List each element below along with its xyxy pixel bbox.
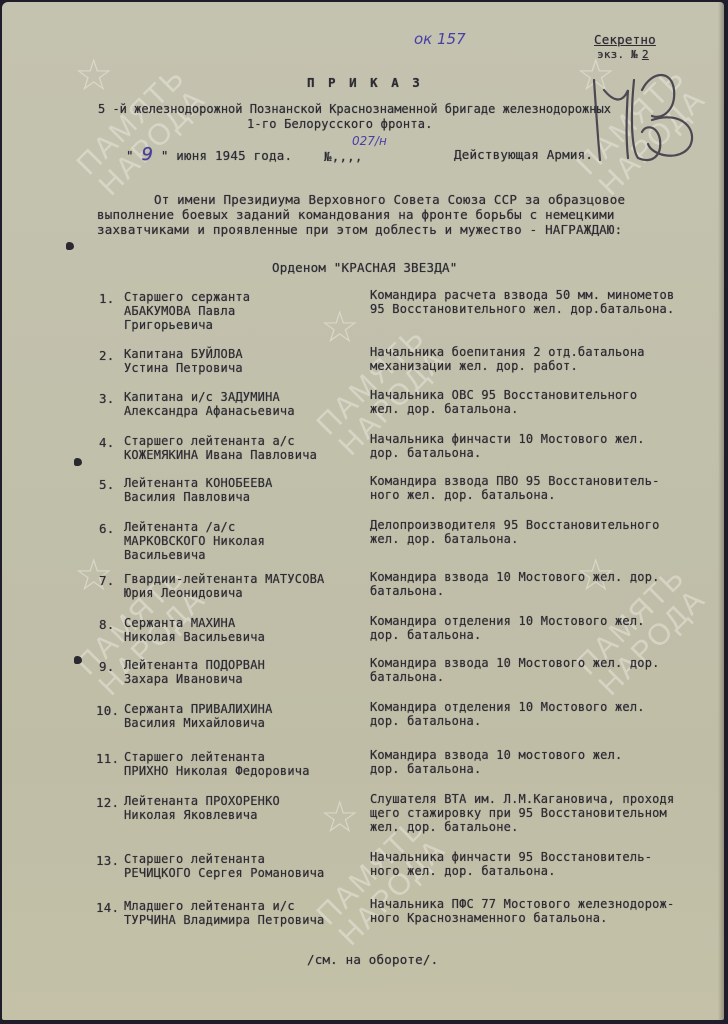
awardee-name-line: ТУРЧИНА Владимира Петровича (124, 913, 324, 928)
ink-blot (74, 656, 82, 664)
awardee-number: 9. (99, 659, 114, 674)
awardee-position-line: жел. дор. батальона. (370, 532, 519, 547)
awardee-number: 5. (99, 477, 114, 492)
handwritten-archive-number: ок 157 (414, 30, 466, 48)
awardee-position-line: Начальника ПФС 77 Мостового железнодорож… (370, 897, 674, 912)
unit-line-1: 5 -й железнодорожной Познанской Краснозн… (98, 102, 611, 117)
awardee-position-line: Командира отделения 10 Мостового жел. (370, 700, 645, 715)
awardee-number: 14. (96, 900, 119, 915)
awardee-position-line: жел. дор. батальоне. (370, 820, 519, 835)
document-page: ☆ ПАМЯТЬНАРОДА ☆ ПАМЯТЬНАРОДА ☆ ПАМЯТЬНА… (2, 2, 724, 1020)
awardee-position-line: Командира взвода 10 мостового жел. (370, 748, 622, 763)
awardee-name-line: Захара Ивановича (124, 672, 243, 687)
awardee-position-line: Делопроизводителя 95 Восстановительного (370, 518, 660, 533)
awardee-name-line: Старшего сержанта (124, 290, 250, 305)
awardee-name-line: Лейтенанта КОНОБЕЕВА (124, 476, 273, 491)
awardee-position-line: дор. батальона. (370, 628, 481, 643)
awardee-position-line: Командира взвода 10 Мостового жел. дор. (370, 570, 660, 585)
awardee-position-line: Слушателя ВТА им. Л.М.Кагановича, проход… (370, 792, 674, 807)
awardee-name-line: Василия Михайловича (124, 716, 265, 731)
awardee-name-line: Устина Петровича (124, 361, 243, 376)
awardee-name-line: Капитана и/с ЗАДУМИНА (124, 390, 280, 405)
awardee-position-line: ного Краснознаменного батальона. (370, 911, 608, 926)
location: Действующая Армия. (454, 147, 593, 162)
awardee-number: 13. (96, 853, 119, 868)
awardee-position-line: Начальника ОВС 95 Восстановительного (370, 388, 637, 403)
unit-line-2: 1-го Белорусского фронта. (247, 117, 433, 132)
awardee-name-line: Юрия Леонидовича (124, 586, 243, 601)
awardee-name-line: Сержанта МАХИНА (124, 616, 235, 631)
awardee-position-line: дор. батальона. (370, 714, 481, 729)
preamble-line-3: захватчиками и проявленные при этом добл… (97, 222, 622, 237)
awardee-position-line: ного жел. дор. батальона. (370, 488, 556, 503)
awardee-name-line: МАРКОВСКОГО Николая (124, 534, 265, 549)
awardee-position-line: жел. дор. батальона. (370, 402, 519, 417)
footer-note: /см. на обороте/. (307, 952, 438, 967)
ink-blot (66, 242, 74, 250)
awardee-position-line: ного жел. дор. батальона. (370, 864, 556, 879)
watermark-star-icon: ☆ (74, 50, 113, 101)
awardee-name-line: Николая Васильевича (124, 630, 265, 645)
awardee-name-line: РЕЧИЦКОГО Сергея Романовича (124, 866, 324, 881)
watermark: ПАМЯТЬНАРОДА (64, 54, 220, 210)
awardee-number: 1. (99, 291, 114, 306)
awardee-number: 10. (96, 703, 119, 718)
awardee-number: 6. (99, 521, 114, 536)
awardee-position-line: 95 Восстановительного жел. дор.батальона… (370, 302, 674, 317)
awardee-name-line: Лейтенанта ПОДОРВАН (124, 658, 265, 673)
awardee-name-line: Васильевича (124, 548, 206, 563)
awardee-name-line: Капитана БУЙЛОВА (124, 347, 243, 362)
awardee-name-line: Младшего лейтенанта и/с (124, 899, 295, 914)
order-number-label: №,,,, (324, 149, 363, 164)
awardee-number: 8. (99, 617, 114, 632)
preamble-line-1: От имени Президиума Верховного Совета Со… (154, 192, 625, 207)
awardee-position-line: дор. батальона. (370, 762, 481, 777)
awardee-position-line: Начальника финчасти 95 Восстановитель- (370, 850, 652, 865)
awardee-position-line: Начальника боепитания 2 отд.батальона (370, 345, 645, 360)
order-date: " 9 " июня 1945 года. (126, 147, 292, 163)
watermark-star-icon: ☆ (320, 302, 359, 353)
awardee-name-line: Александра Афанасьевича (124, 404, 295, 419)
awardee-name-line: Николая Яковлевича (124, 808, 258, 823)
awardee-position-line: Командира расчета взвода 50 мм. миномето… (370, 288, 674, 303)
awardee-position-line: щего стажировку при 95 Восстановительном (370, 806, 667, 821)
awardee-name-line: КОЖЕМЯКИНА Ивана Павловича (124, 448, 317, 463)
awardee-name-line: Лейтенанта /а/с (124, 520, 235, 535)
awardee-position-line: батальона. (370, 670, 444, 685)
awardee-number: 4. (99, 435, 114, 450)
awardee-position-line: Командира взвода ПВО 95 Восстановитель- (370, 474, 660, 489)
awardee-name-line: Лейтенанта ПРОХОРЕНКО (124, 794, 280, 809)
awardee-name-line: Сержанта ПРИВАЛИХИНА (124, 702, 273, 717)
awardee-name-line: ПРИХНО Николая Федоровича (124, 764, 310, 779)
awardee-name-line: Старшего лейтенанта (124, 852, 265, 867)
awardee-number: 3. (99, 391, 114, 406)
awardee-number: 12. (96, 795, 119, 810)
awardee-position-line: батальона. (370, 584, 444, 599)
awardee-name-line: Григорьевича (124, 318, 213, 333)
watermark-star-icon: ☆ (320, 792, 359, 843)
awardee-position-line: механизации жел. дор. работ. (370, 359, 578, 374)
preamble-line-2: выполнение боевых заданий командования н… (97, 207, 615, 222)
order-number-handwritten: 027/н (352, 134, 387, 148)
awardee-name-line: Гвардии-лейтенанта МАТУСОВА (124, 572, 324, 587)
awardee-number: 7. (99, 573, 114, 588)
awardee-name-line: Василия Павловича (124, 490, 250, 505)
awardee-name-line: Старшего лейтенанта (124, 750, 265, 765)
awardee-position-line: Командира взвода 10 Мостового жел. дор. (370, 656, 660, 671)
awardee-position-line: Командира отделения 10 Мостового жел. (370, 614, 645, 629)
award-heading: Орденом "КРАСНАЯ ЗВЕЗДА" (272, 260, 457, 275)
ink-blot (74, 458, 82, 466)
document-title: П Р И К А З (307, 75, 423, 90)
awardee-position-line: Начальника финчасти 10 Мостового жел. (370, 432, 645, 447)
awardee-number: 11. (96, 751, 119, 766)
awardee-name-line: АБАКУМОВА Павла (124, 304, 235, 319)
awardee-position-line: дор. батальона. (370, 446, 481, 461)
secrecy-label: Секретно (594, 32, 656, 47)
awardee-number: 2. (99, 348, 114, 363)
awardee-name-line: Старшего лейтенанта а/с (124, 434, 295, 449)
